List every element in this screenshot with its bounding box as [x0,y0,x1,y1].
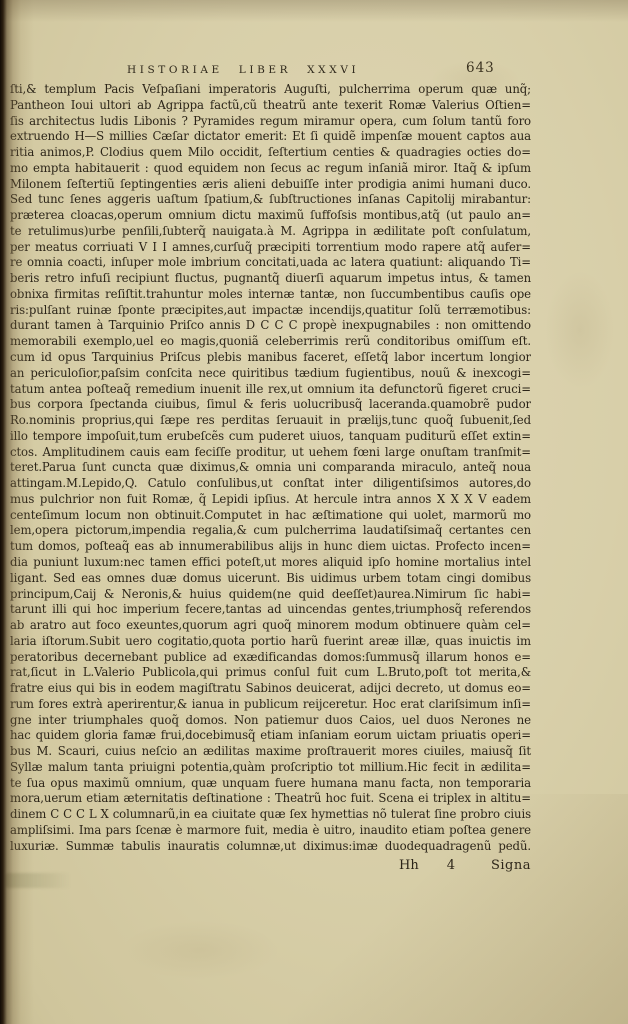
text-line: bus M. Scauri, cuius neſcio an ædilitas … [10,744,531,760]
ink-show-through-smudge [5,873,71,888]
signature-mark: Hh [399,858,419,873]
text-line: extruendo H—S millies Cæſar dictator eme… [10,129,531,145]
book-page-scan: HISTORIAE LIBER XXXVI 643 ſti,& templum … [0,0,628,1024]
body-text-block: ſti,& templum Pacis Veſpaſiani imperator… [10,82,531,855]
text-line: rum fores extrà aperirentur,& ianua in p… [10,697,531,713]
text-line: centeſimum locum non obtinuit.Computet i… [10,508,531,524]
text-line: ab aratro aut foco exeuntes,quorum agri … [10,618,531,634]
text-line: te ſua opus maximũ omnium, quæ unquam fu… [10,776,531,792]
text-line: dia puniunt luxum:nec tamen effici poteſ… [10,555,531,571]
text-line: Syllæ malum tanta priuigni potentia,quàm… [10,760,531,776]
text-line: memorabili exemplo,uel eo magis,quoniã c… [10,334,531,350]
text-line: beris retro infuſi recipiunt fluctus, pu… [10,271,531,287]
text-line: ritia animos,P. Clodius quem Milo occidi… [10,145,531,161]
text-line: laria iſtorum.Subit uero cogitatio,quota… [10,634,531,650]
text-line: luxuriæ. Summæ tabulis inauratis columnæ… [10,839,531,855]
text-line: tum domos, poſteaq̃ eas ab innumerabilib… [10,539,531,555]
running-title: HISTORIAE LIBER XXXVI [127,64,359,76]
text-line: ſti,& templum Pacis Veſpaſiani imperator… [10,82,531,98]
catchword: Signa [491,858,531,873]
text-line: dinem C C C L X columnarũ,in ea ciuitate… [10,807,531,823]
text-line: illo tempore impoſuit,tum erubeſcẽs cum … [10,429,531,445]
text-line: mora,uerum etiam æternitatis deſtination… [10,791,531,807]
text-line: tatum antea poſteaq̃ remedium inuenit il… [10,382,531,398]
text-line: Ro.nominis proprius,qui ſæpe res perdita… [10,413,531,429]
text-line: ris:pulſant ruinæ ſponte præcipites,aut … [10,303,531,319]
text-line: Sed tunc ſenes aggeris uaſtum ſpatium,& … [10,192,531,208]
text-line: lem,opera pictorum,impendia regalia,& cu… [10,523,531,539]
text-line: durant tamen à Tarquinio Priſco annis D … [10,318,531,334]
text-line: obnixa firmitas reſiſtit.trahuntur moles… [10,287,531,303]
text-line: ſis architectus ludis Libonis ? Pyramide… [10,114,531,130]
paper-stain [120,920,280,980]
text-line: te retulimus)urbe penſili,ſubterq̃ nauig… [10,224,531,240]
text-line: principum,Caij & Neronis,& huius quidem(… [10,587,531,603]
text-line: ctos. Amplitudinem cauis eam feciſſe pro… [10,445,531,461]
text-line: fratre eius qui bis in eodem magiſtratu … [10,681,531,697]
text-line: tarunt illi qui hoc imperium fecere,tant… [10,602,531,618]
text-line: teret.Parua ſunt cuncta quæ diximus,& om… [10,460,531,476]
text-line: cum id opus Tarquinius Priſcus plebis ma… [10,350,531,366]
text-line: præterea cloacas,operum omnium dictu max… [10,208,531,224]
text-line: ligant. Sed eas omnes duæ domus uicerunt… [10,571,531,587]
signature-line: Hh 4 Signa [10,858,531,873]
text-line: per meatus corriuati V I I amnes,curſuq̃… [10,240,531,256]
text-line: Pantheon Ioui ultori ab Agrippa factũ,cũ… [10,98,531,114]
text-line: gne inter triumphales quoq̃ domos. Non p… [10,713,531,729]
paper-stain [545,270,615,390]
text-line: bus corpora ſpectanda ciuibus, ſimul & f… [10,397,531,413]
text-line: attingam.M.Lepido,Q. Catulo conſulibus,u… [10,476,531,492]
text-line: an periculoſior,paſsim conſcita nece qui… [10,366,531,382]
text-line: rat,ſicut in L.Valerio Publicola,qui pri… [10,665,531,681]
page-header: HISTORIAE LIBER XXXVI 643 [0,0,628,80]
signature-number: 4 [447,858,455,873]
text-line: re omnia coacti, inſuper mole imbrium co… [10,255,531,271]
text-line: Milonem ſeſtertiũ ſeptingenties æris ali… [10,177,531,193]
text-line: mo empta habitauerit : quod equidem non … [10,161,531,177]
text-line: peratoribus decernebant publice ad exædi… [10,650,531,666]
text-line: hac quidem gloria famæ frui,docebimusq̃ … [10,728,531,744]
text-line: mus pulchrior non fuit Romæ, q̃ Lepidi i… [10,492,531,508]
text-line: ampliſsimi. Ima pars ſcenæ è marmore fui… [10,823,531,839]
page-number: 643 [466,60,495,76]
